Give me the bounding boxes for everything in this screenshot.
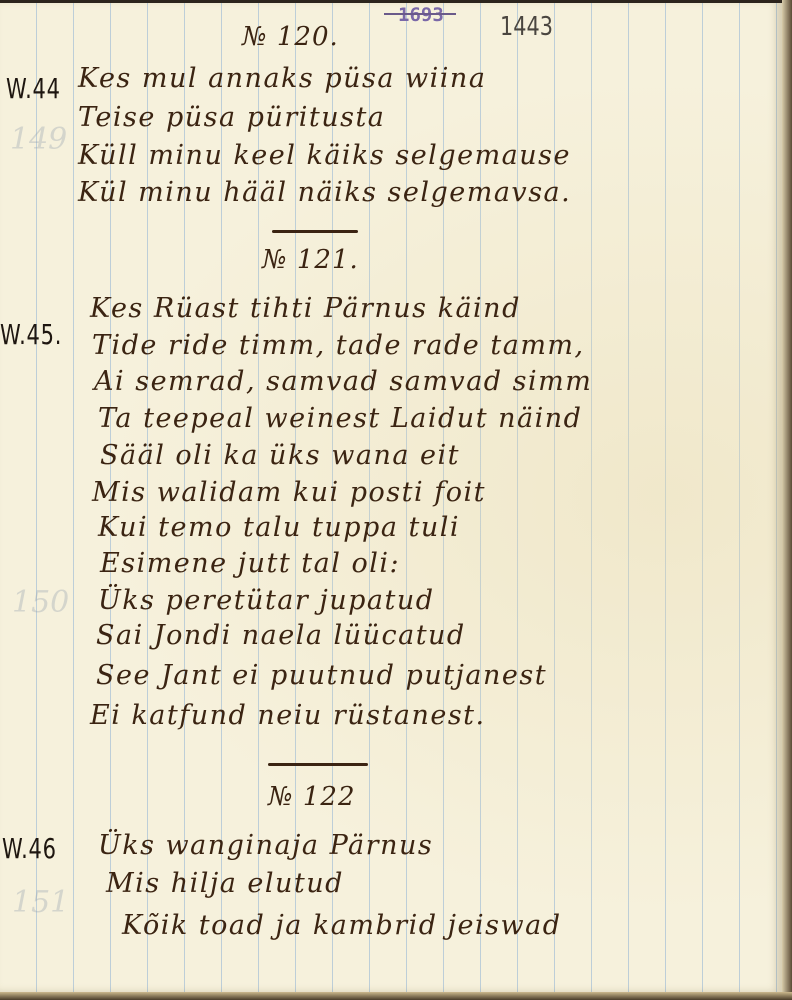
song-number: № 121.	[262, 245, 359, 275]
verse-line: Üks peretütar jupatud	[98, 585, 435, 616]
verse-line: Sai Jondi naela lüücatud	[96, 620, 466, 651]
verse-line: See Jant ei puutnud putjanest	[96, 660, 547, 691]
margin-label: W.45.	[0, 318, 62, 351]
verse-line: Teise püsa püritusta	[78, 102, 385, 133]
struck-stamp-number: 1693	[398, 4, 444, 26]
faint-margin-number: 149	[10, 122, 67, 157]
strike-through-line	[384, 13, 456, 15]
verse-line: Küll minu keel käiks selgemause	[78, 140, 571, 171]
page-bottom-edge	[0, 992, 792, 1000]
verse-line: Sääl oli ka üks wana eit	[100, 440, 460, 471]
section-divider	[272, 230, 358, 233]
verse-line: Kes mul annaks püsa wiina	[78, 63, 486, 94]
page-top-edge	[0, 0, 792, 3]
verse-line: Kui temo talu tuppa tuli	[98, 512, 460, 543]
faint-margin-number: 150	[12, 585, 69, 620]
margin-label: W.46	[2, 832, 57, 865]
verse-line: Mis walidam kui posti foit	[92, 477, 486, 508]
faint-margin-number: 151	[12, 885, 69, 920]
verse-line: Ei katfund neiu rüstanest.	[90, 700, 486, 731]
verse-line: Üks wanginaja Pärnus	[98, 830, 433, 861]
verse-line: Kõik toad ja kambrid jeiswad	[122, 910, 562, 941]
verse-line: Tide ride timm, tade rade tamm,	[92, 330, 585, 361]
page-right-edge	[782, 0, 792, 1000]
song-number: № 120.	[242, 22, 339, 52]
song-number: № 122	[268, 782, 356, 812]
verse-line: Esimene jutt tal oli:	[100, 548, 400, 579]
pencil-page-number: 1443	[500, 12, 553, 42]
verse-line: Ai semrad, samvad samvad simm	[94, 366, 592, 397]
margin-label: W.44	[6, 72, 61, 105]
section-divider	[268, 763, 368, 766]
verse-line: Kül minu hääl näiks selgemavsa.	[78, 177, 571, 208]
verse-line: Mis hilja elutud	[106, 868, 344, 899]
verse-line: Kes Rüast tihti Pärnus käind	[90, 293, 521, 324]
manuscript-page: 1693 1443 149 150 151 № 120. W.44 Kes mu…	[0, 0, 782, 992]
verse-line: Ta teepeal weinest Laidut näind	[98, 403, 582, 434]
